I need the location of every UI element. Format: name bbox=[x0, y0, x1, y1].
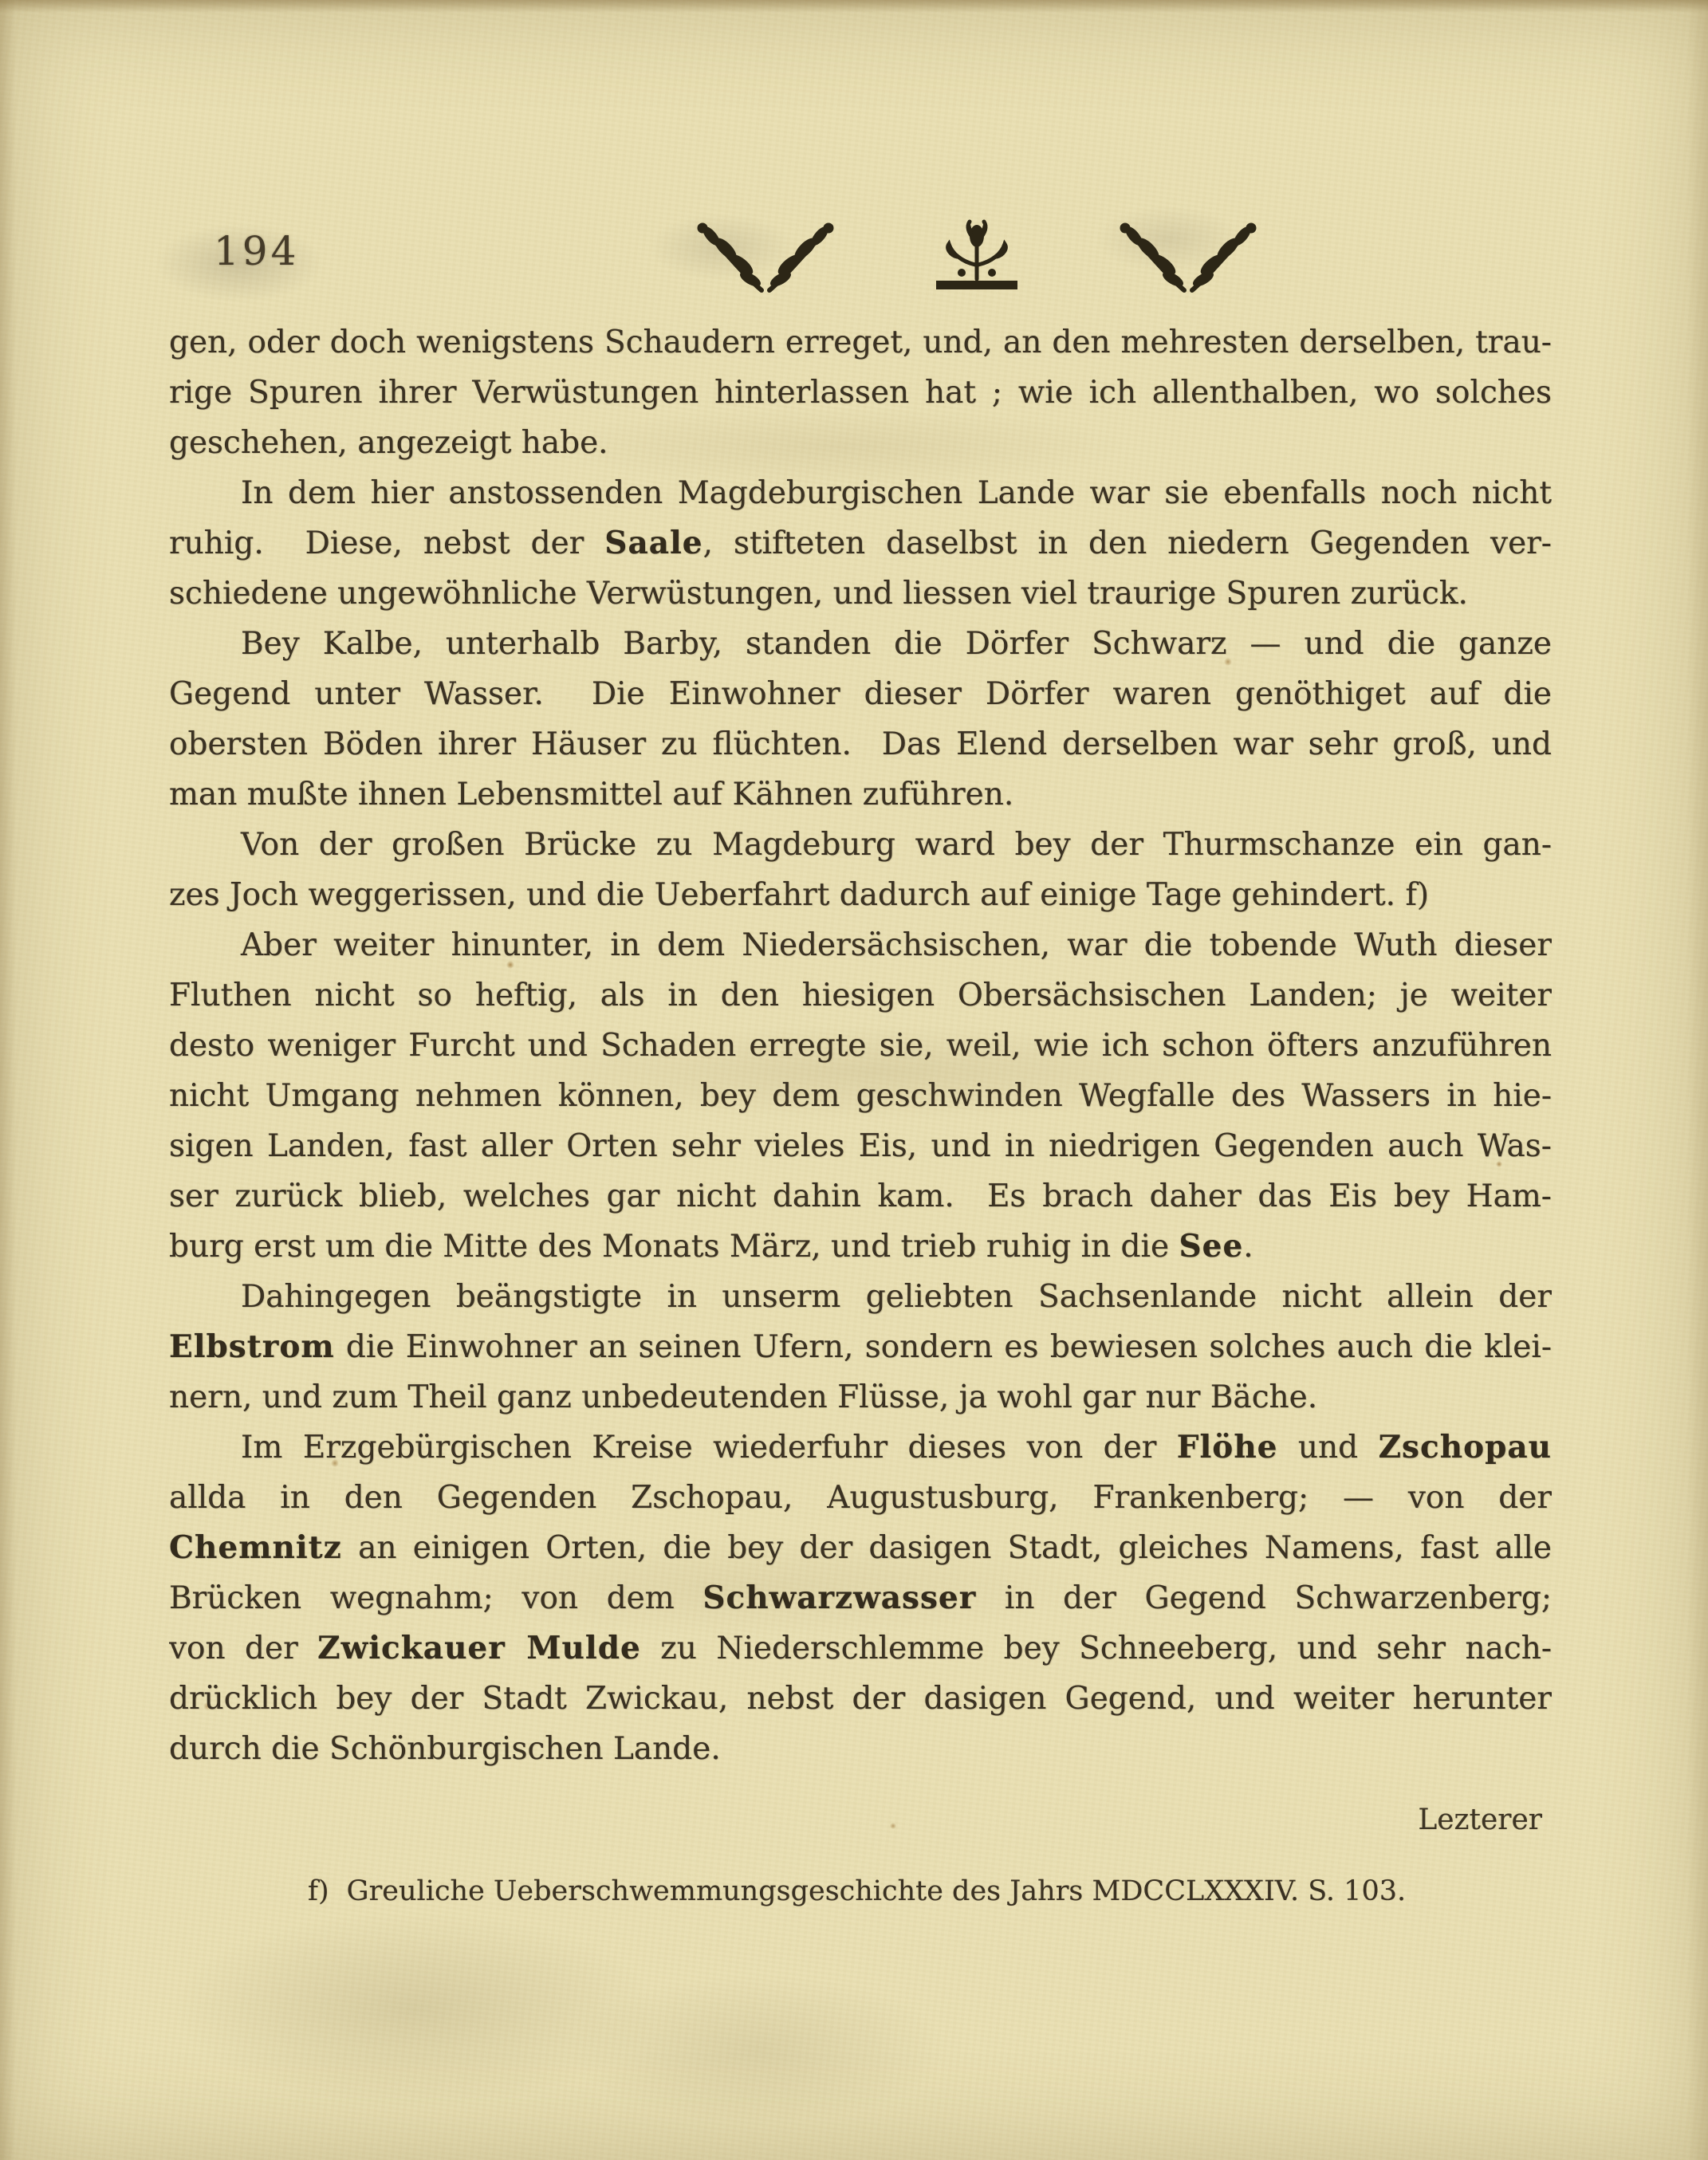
text-block: gen, oder doch wenigstens Schaudern erre… bbox=[169, 317, 1552, 1774]
text-segment: man mußte ihnen Lebensmittel auf Kähnen … bbox=[169, 777, 1013, 812]
text-segment: in der Gegend Schwarzenberg; bbox=[976, 1580, 1552, 1616]
text-segment: von der bbox=[169, 1631, 317, 1666]
emphasized-text: See bbox=[1179, 1228, 1243, 1265]
page-number: 194 bbox=[214, 228, 299, 274]
emphasized-text: Chemnitz bbox=[169, 1529, 342, 1566]
text-segment: zes Joch weggerissen, und die Ueberfahrt… bbox=[169, 877, 1429, 913]
paragraph: Aber weiter hinunter, in dem Niedersächs… bbox=[169, 920, 1552, 1272]
text-segment: drücklich bey der Stadt Zwickau, nebst d… bbox=[169, 1681, 1552, 1717]
text-line: gen, oder doch wenigstens Schaudern erre… bbox=[169, 317, 1552, 368]
text-line: Elbstrom die Einwohner an seinen Ufern, … bbox=[169, 1322, 1552, 1372]
text-line: Bey Kalbe, unterhalb Barby, standen die … bbox=[169, 619, 1552, 669]
text-segment: gen, oder doch wenigstens Schaudern erre… bbox=[169, 325, 1552, 360]
emphasized-text: Elbstrom bbox=[169, 1328, 335, 1365]
text-line: drücklich bey der Stadt Zwickau, nebst d… bbox=[169, 1674, 1552, 1724]
footnote-marker: f) bbox=[308, 1875, 329, 1907]
text-segment: desto weniger Furcht und Schaden erregte… bbox=[169, 1028, 1552, 1064]
catchword: Lezterer bbox=[1418, 1804, 1542, 1836]
text-line: Von der großen Brücke zu Magdeburg ward … bbox=[169, 820, 1552, 870]
text-line: obersten Böden ihrer Häuser zu flüchten.… bbox=[169, 719, 1552, 769]
text-segment: ruhig. Diese, nebst der bbox=[169, 525, 604, 561]
text-segment: In dem hier anstossenden Magdeburgischen… bbox=[241, 475, 1552, 511]
text-line: sigen Landen, fast aller Orten sehr viel… bbox=[169, 1121, 1552, 1171]
paragraph: Dahingegen beängstigte in unserm geliebt… bbox=[169, 1272, 1552, 1422]
text-line: burg erst um die Mitte des Monats März, … bbox=[169, 1222, 1552, 1272]
text-segment: ser zurück blieb, welches gar nicht dahi… bbox=[169, 1178, 1552, 1214]
text-line: Brücken wegnahm; von dem Schwarzwasser i… bbox=[169, 1573, 1552, 1623]
text-line: Chemnitz an einigen Orten, die bey der d… bbox=[169, 1523, 1552, 1573]
text-segment: Aber weiter hinunter, in dem Niedersächs… bbox=[241, 927, 1552, 963]
text-segment: Brücken wegnahm; von dem bbox=[169, 1580, 702, 1616]
text-segment: nern, und zum Theil ganz unbedeutenden F… bbox=[169, 1379, 1317, 1415]
text-line: nern, und zum Theil ganz unbedeutenden F… bbox=[169, 1372, 1552, 1422]
text-line: In dem hier anstossenden Magdeburgischen… bbox=[169, 468, 1552, 518]
text-segment: Gegend unter Wasser. Die Einwohner diese… bbox=[169, 676, 1552, 712]
header-ornaments bbox=[682, 217, 1272, 297]
emphasized-text: Schwarzwasser bbox=[702, 1580, 976, 1616]
text-segment: geschehen, angezeigt habe. bbox=[169, 425, 608, 461]
text-line: ruhig. Diese, nebst der Saale, stifteten… bbox=[169, 518, 1552, 569]
text-segment: Im Erzgebürgischen Kreise wiederfuhr die… bbox=[241, 1430, 1177, 1466]
fleuron-center-icon bbox=[925, 217, 1029, 297]
text-line: Gegend unter Wasser. Die Einwohner diese… bbox=[169, 669, 1552, 719]
emphasized-text: Saale bbox=[604, 525, 702, 561]
text-segment: Fluthen nicht so heftig, als in den hies… bbox=[169, 978, 1552, 1021]
text-line: durch die Schönburgischen Lande. bbox=[169, 1724, 1552, 1774]
text-segment: burg erst um die Mitte des Monats März, … bbox=[169, 1229, 1179, 1265]
text-segment: allda in den Gegenden Zschopau, Augustus… bbox=[169, 1480, 1552, 1516]
text-segment: sigen Landen, fast aller Orten sehr viel… bbox=[169, 1128, 1552, 1164]
text-segment: rige Spuren ihrer Verwüstungen hinterlas… bbox=[169, 375, 1552, 411]
text-segment: nicht Umgang nehmen können, bey dem gesc… bbox=[169, 1078, 1552, 1114]
text-line: nicht Umgang nehmen können, bey dem gesc… bbox=[169, 1071, 1552, 1121]
text-line: zes Joch weggerissen, und die Ueberfahrt… bbox=[169, 870, 1552, 920]
paragraph: Bey Kalbe, unterhalb Barby, standen die … bbox=[169, 619, 1552, 820]
text-segment: obersten Böden ihrer Häuser zu flüchten.… bbox=[169, 726, 1552, 762]
fleuron-left-icon bbox=[682, 217, 849, 297]
footnote-text: Greuliche Ueberschwemmungsgeschichte des… bbox=[347, 1875, 1407, 1907]
text-segment: schiedene ungewöhnliche Verwüstungen, un… bbox=[169, 576, 1468, 612]
footnote: f)Greuliche Ueberschwemmungsgeschichte d… bbox=[308, 1875, 1406, 1907]
text-segment: Bey Kalbe, unterhalb Barby, standen die … bbox=[241, 626, 1552, 662]
text-segment: zu Niederschlemme bey Schneeberg, und se… bbox=[641, 1631, 1552, 1666]
text-line: Fluthen nicht so heftig, als in den hies… bbox=[169, 970, 1552, 1021]
paragraph: Von der großen Brücke zu Magdeburg ward … bbox=[169, 820, 1552, 920]
emphasized-text: Flöhe bbox=[1177, 1429, 1278, 1466]
text-segment: Dahingegen beängstigte in unserm geliebt… bbox=[241, 1279, 1552, 1315]
text-line: Im Erzgebürgischen Kreise wiederfuhr die… bbox=[169, 1422, 1552, 1473]
text-line: man mußte ihnen Lebensmittel auf Kähnen … bbox=[169, 769, 1552, 820]
text-segment: und bbox=[1277, 1430, 1378, 1466]
text-line: Aber weiter hinunter, in dem Niedersächs… bbox=[169, 920, 1552, 970]
text-line: Dahingegen beängstigte in unserm geliebt… bbox=[169, 1272, 1552, 1322]
emphasized-text: Zwickauer Mulde bbox=[317, 1630, 641, 1666]
book-page-scan: 194 bbox=[0, 0, 1708, 2160]
text-line: von der Zwickauer Mulde zu Niederschlemm… bbox=[169, 1623, 1552, 1674]
text-line: geschehen, angezeigt habe. bbox=[169, 418, 1552, 468]
text-segment: . bbox=[1243, 1229, 1253, 1265]
text-segment: die Einwohner an seinen Ufern, sondern e… bbox=[335, 1329, 1552, 1365]
text-segment: Von der großen Brücke zu Magdeburg ward … bbox=[241, 827, 1552, 863]
paragraph: In dem hier anstossenden Magdeburgischen… bbox=[169, 468, 1552, 619]
paragraph: Im Erzgebürgischen Kreise wiederfuhr die… bbox=[169, 1422, 1552, 1774]
text-line: ser zurück blieb, welches gar nicht dahi… bbox=[169, 1171, 1552, 1222]
text-line: rige Spuren ihrer Verwüstungen hinterlas… bbox=[169, 368, 1552, 418]
paragraph: gen, oder doch wenigstens Schaudern erre… bbox=[169, 317, 1552, 468]
text-line: schiedene ungewöhnliche Verwüstungen, un… bbox=[169, 569, 1552, 619]
emphasized-text: Zschopau bbox=[1379, 1429, 1552, 1466]
text-line: allda in den Gegenden Zschopau, Augustus… bbox=[169, 1473, 1552, 1523]
text-segment: an einigen Orten, die bey der dasigen St… bbox=[342, 1530, 1552, 1566]
fleuron-right-icon bbox=[1104, 217, 1272, 297]
text-line: desto weniger Furcht und Schaden erregte… bbox=[169, 1021, 1552, 1071]
text-segment: durch die Schönburgischen Lande. bbox=[169, 1731, 721, 1767]
text-segment: , stifteten daselbst in den niedern Gege… bbox=[703, 525, 1552, 561]
